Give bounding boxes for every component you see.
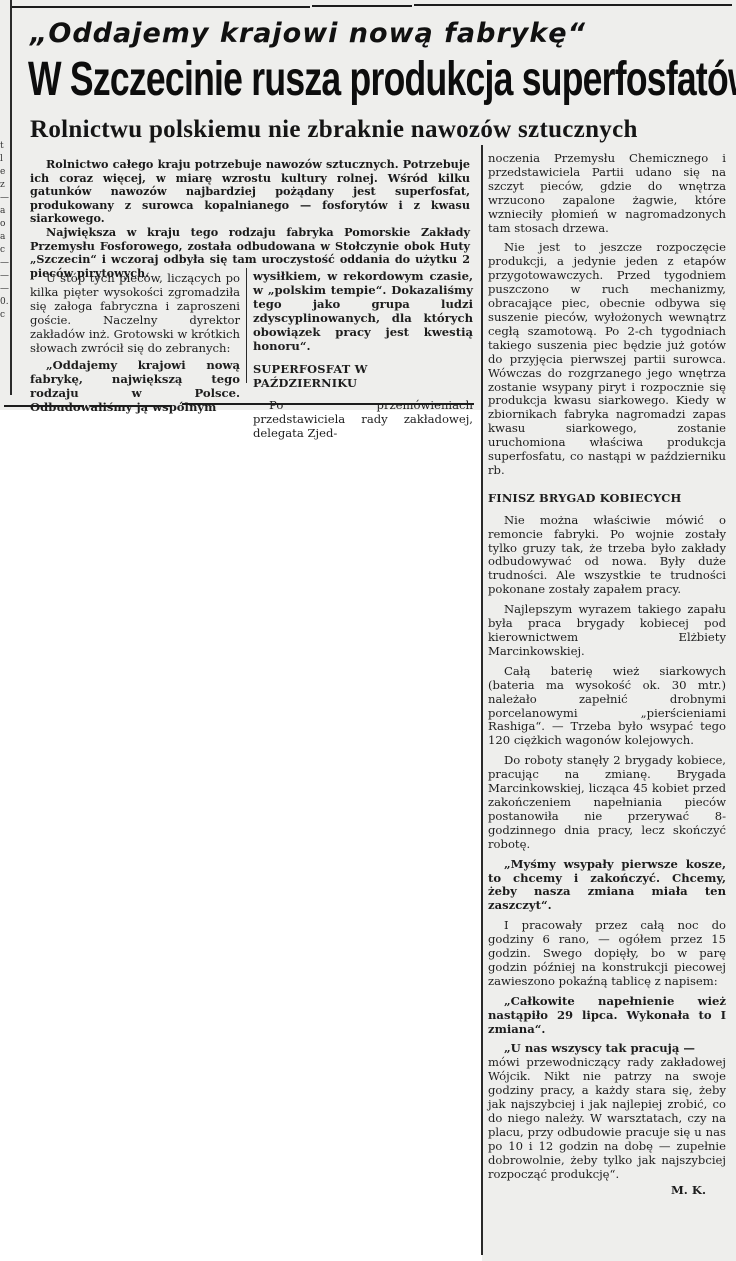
bottom-rule-2 xyxy=(90,405,172,407)
lead-paragraph: Rolnictwo całego kraju potrzebuje nawozó… xyxy=(30,158,470,226)
body-paragraph: Najlepszym wyrazem takiego zapału była p… xyxy=(488,603,726,659)
body-paragraph: U stóp tych pieców, liczących po kilka p… xyxy=(30,272,240,355)
article-lead: Rolnictwo całego kraju potrzebuje nawozó… xyxy=(30,158,470,280)
article-column-1: U stóp tych pieców, liczących po kilka p… xyxy=(30,272,240,415)
article-subheadline: Rolnictwu polskiemu nie zbraknie nawozów… xyxy=(30,116,730,144)
bottom-rule-3 xyxy=(182,403,474,405)
article-headline: W Szczecinie rusza produkcja superfosfat… xyxy=(28,52,546,107)
body-paragraph: Po przemówieniach przedstawiciela rady z… xyxy=(253,399,473,441)
body-paragraph: Do roboty stanęły 2 brygady kobiece, pra… xyxy=(488,754,726,851)
column-divider-1 xyxy=(246,268,247,383)
article-column-3: noczenia Przemysłu Chemicznego i przedst… xyxy=(488,152,726,1197)
author-signature: M. K. xyxy=(488,1184,726,1198)
body-paragraph: Nie jest to jeszcze rozpoczęcie produkcj… xyxy=(488,241,726,477)
body-paragraph: I pracowały przez całą noc do godziny 6 … xyxy=(488,919,726,989)
director-quote-continuation: wysiłkiem, w rekordowym czasie, w „polsk… xyxy=(253,270,473,353)
adjacent-article-fragment: tlez—aoac———0.c xyxy=(0,140,10,410)
council-quote-lead: „U nas wszyscy tak pracują — xyxy=(488,1042,726,1056)
brigade-quote: „Myśmy wsypały pierwsze kosze, to chcemy… xyxy=(488,858,726,914)
bottom-rule-1 xyxy=(4,405,84,407)
body-paragraph: Nie można właściwie mówić o remoncie fab… xyxy=(488,514,726,597)
council-quote-body: mówi przewodniczący rady zakładowej Wójc… xyxy=(488,1056,726,1181)
top-rule-mid xyxy=(312,5,412,7)
plaque-inscription: „Całkowite napełnienie wież nastąpiło 29… xyxy=(488,995,726,1037)
column-divider-2 xyxy=(481,145,483,1255)
article-kicker: „Oddajemy krajowi nową fabrykę“ xyxy=(30,18,730,49)
section-heading-women-brigades: FINISZ BRYGAD KOBIECYCH xyxy=(488,492,726,506)
left-column-rule xyxy=(10,0,12,395)
top-rule-right xyxy=(414,4,732,6)
section-heading-october: SUPERFOSFAT W PAŹDZIERNIKU xyxy=(253,363,473,391)
body-paragraph: noczenia Przemysłu Chemicznego i przedst… xyxy=(488,152,726,235)
article-column-2: wysiłkiem, w rekordowym czasie, w „polsk… xyxy=(253,270,473,441)
top-rule-left xyxy=(10,6,310,8)
body-paragraph: Całą baterię wież siarkowych (bateria ma… xyxy=(488,665,726,748)
